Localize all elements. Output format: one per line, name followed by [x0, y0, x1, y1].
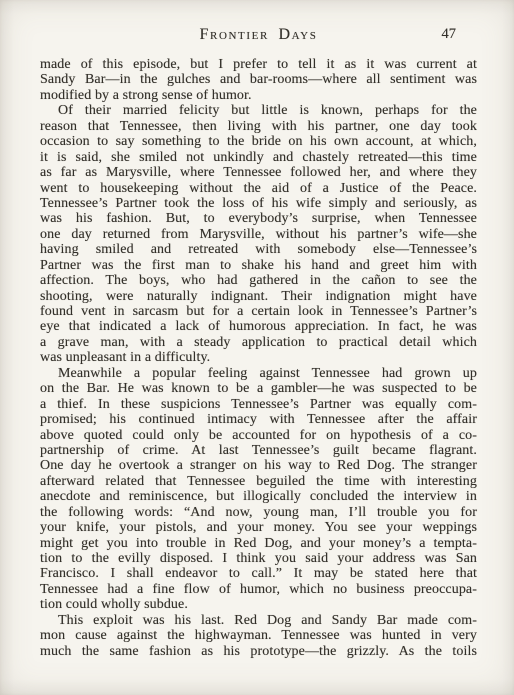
text-line: as far as Marysville, where Tennessee fo… [40, 165, 477, 180]
text-line: shooting, were naturally indignant. Thei… [40, 289, 477, 304]
text-line: a grave man, with a steady application t… [40, 335, 477, 350]
text-line: made of this episode, but I prefer to te… [40, 57, 477, 72]
text-line: tion could wholly subdue. [40, 597, 477, 612]
text-line: afterward related that Tennessee beguile… [40, 474, 477, 489]
text-line: was his fashion. But, to everybody’s sur… [40, 211, 477, 226]
text-column: made of this episode, but I prefer to te… [40, 57, 477, 659]
paragraph: This exploit was his last. Red Dog and S… [40, 613, 477, 659]
text-line: it is said, she smiled not unkindly and … [40, 150, 477, 165]
text-line: much the same fashion as his prototype—t… [40, 644, 477, 659]
text-line: occasion to say something to the bride o… [40, 134, 477, 149]
text-line: Tennessee’s Partner took the loss of his… [40, 196, 477, 211]
text-line: above quoted could only be accounted for… [40, 428, 477, 443]
text-line: reason that Tennessee, then living with … [40, 119, 477, 134]
text-line: your knife, your pistols, and your money… [40, 520, 477, 535]
text-line: went to housekeeping without the aid of … [40, 181, 477, 196]
text-line: Partner was the first man to shake his h… [40, 258, 477, 273]
text-line: mon cause against the highwayman. Tennes… [40, 628, 477, 643]
text-line: a thief. In these suspicions Tennessee’s… [40, 397, 477, 412]
text-line: partnership of crime. At last Tennessee’… [40, 443, 477, 458]
text-line: found vent in sarcasm but for a certain … [40, 304, 477, 319]
paragraph: Meanwhile a popular feeling against Tenn… [40, 366, 477, 613]
running-head: Frontier Days 47 [40, 26, 477, 43]
text-line: Tennessee had a fine flow of humor, whic… [40, 582, 477, 597]
text-line: having smiled and retreated with somebod… [40, 242, 477, 257]
text-line: Francisco. I shall endeavor to call.” It… [40, 566, 477, 581]
text-line: one day returned from Marysville, withou… [40, 227, 477, 242]
text-line: This exploit was his last. Red Dog and S… [40, 613, 477, 628]
text-line: anecdote and reminiscence, but illogical… [40, 489, 477, 504]
text-line: the following words: “And now, young man… [40, 505, 477, 520]
text-line: was unpleasant in a difficulty. [40, 350, 477, 365]
text-line: modified by a strong sense of humor. [40, 88, 477, 103]
paragraph: made of this episode, but I prefer to te… [40, 57, 477, 103]
text-line: eye that indicated a lack of humorous ap… [40, 319, 477, 334]
running-head-title: Frontier Days [40, 26, 477, 43]
paragraph: Of their married felicity but little is … [40, 103, 477, 365]
text-line: One day he overtook a stranger on his wa… [40, 458, 477, 473]
text-line: Meanwhile a popular feeling against Tenn… [40, 366, 477, 381]
page-number: 47 [442, 26, 457, 43]
text-line: on the Bar. He was known to be a gambler… [40, 381, 477, 396]
text-line: tion to the evilly disposed. I think you… [40, 551, 477, 566]
text-line: affection. The boys, who had gathered in… [40, 273, 477, 288]
book-page: Frontier Days 47 made of this episode, b… [0, 0, 514, 695]
text-line: Sandy Bar—in the gulches and bar-rooms—w… [40, 72, 477, 87]
text-line: might get you into trouble in Red Dog, a… [40, 536, 477, 551]
text-line: Of their married felicity but little is … [40, 103, 477, 118]
text-line: promised; his continued intimacy with Te… [40, 412, 477, 427]
